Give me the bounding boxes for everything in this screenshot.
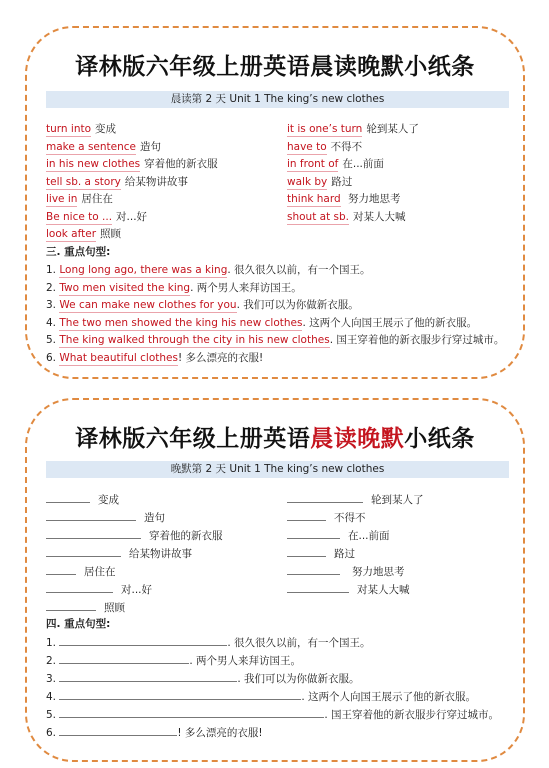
vocab-zh: 变成: [95, 123, 116, 135]
vocab-blank-item: 在...前面: [287, 527, 390, 543]
vocab-en: turn into: [46, 123, 91, 137]
sentence-en: The two men showed the king his new clot…: [59, 317, 302, 331]
vocab-blank-item: 轮到某人了: [287, 491, 424, 507]
sentence-blank-item: 3. . 我们可以为你做新衣服。: [46, 670, 360, 686]
sentence-number: 5.: [46, 334, 56, 346]
answer-blank[interactable]: [59, 670, 237, 682]
vocab-zh: 在...前面: [348, 530, 390, 542]
vocab-zh: 路过: [331, 176, 352, 188]
sentence-zh: . 国王穿着他的新衣服步行穿过城市。: [330, 334, 505, 346]
sentence-en: Two men visited the king: [59, 282, 190, 296]
vocab-blank-item: 不得不: [287, 509, 366, 525]
vocab-zh: 路过: [334, 548, 355, 560]
sentence-number: 1.: [46, 264, 56, 276]
sentence-blank-item: 1. . 很久很久以前，有一个国王。: [46, 634, 371, 650]
section-heading: 三. 重点句型:: [46, 244, 110, 259]
vocab-en: have to: [287, 141, 327, 155]
vocab-item: it is one’s turn轮到某人了: [287, 122, 419, 136]
answer-blank[interactable]: [287, 545, 326, 557]
vocab-blank-item: 穿着他的新衣服: [46, 527, 223, 543]
vocab-zh: 穿着他的新衣服: [144, 158, 218, 170]
title-prefix: 译林版六年级上册英语: [75, 426, 310, 452]
sentence-number: 2.: [46, 282, 56, 294]
answer-blank[interactable]: [287, 563, 340, 575]
sentence-number: 6.: [46, 727, 56, 739]
vocab-zh: 居住在: [81, 193, 113, 205]
answer-blank[interactable]: [46, 491, 90, 503]
vocab-zh: 轮到某人了: [366, 123, 419, 135]
vocab-zh: 造句: [144, 512, 165, 524]
vocab-blank-item: 路过: [287, 545, 355, 561]
vocab-zh: 居住在: [84, 566, 116, 578]
vocab-zh: 对...好: [116, 211, 147, 223]
answer-blank[interactable]: [59, 706, 324, 718]
sentence-en: What beautiful clothes: [59, 352, 178, 366]
vocab-en: in his new clothes: [46, 158, 140, 172]
answer-blank[interactable]: [46, 545, 121, 557]
vocab-blank-item: 造句: [46, 509, 165, 525]
vocab-zh: 对某人大喊: [357, 584, 410, 596]
vocab-item: in his new clothes穿着他的新衣服: [46, 157, 218, 171]
vocab-en: tell sb. a story: [46, 176, 121, 190]
sentence-zh: . 很久很久以前，有一个国王。: [227, 637, 370, 649]
vocab-zh: 努力地思考: [345, 193, 401, 205]
sentence-blank-item: 2. . 两个男人来拜访国王。: [46, 652, 301, 668]
vocab-zh: 给某物讲故事: [129, 548, 192, 560]
morning-reading-card: 译林版六年级上册英语晨读晚默小纸条 晨读第 2 天 Unit 1 The kin…: [25, 26, 525, 379]
answer-blank[interactable]: [46, 563, 76, 575]
title-highlight: 晨读晚默: [310, 426, 404, 452]
sentence-zh: . 两个男人来拜访国王。: [190, 282, 302, 294]
card-title: 译林版六年级上册英语晨读晚默小纸条: [27, 420, 523, 453]
vocab-en: it is one’s turn: [287, 123, 362, 137]
vocab-zh: 对...好: [121, 584, 152, 596]
vocab-zh: 照顾: [100, 228, 121, 240]
vocab-zh: 在...前面: [342, 158, 384, 170]
sentence-zh: ! 多么漂亮的衣服!: [178, 352, 263, 364]
sentence-item: 4. The two men showed the king his new c…: [46, 316, 477, 330]
vocab-zh: 努力地思考: [352, 566, 405, 578]
day-banner: 晨读第 2 天 Unit 1 The king’s new clothes: [46, 91, 509, 108]
sentence-zh: . 我们可以为你做新衣服。: [237, 299, 359, 311]
answer-blank[interactable]: [287, 581, 349, 593]
answer-blank[interactable]: [287, 491, 363, 503]
vocab-en: live in: [46, 193, 77, 207]
answer-blank[interactable]: [287, 509, 326, 521]
vocab-blank-item: 对...好: [46, 581, 152, 597]
card-title: 译林版六年级上册英语晨读晚默小纸条: [27, 48, 523, 81]
title-suffix: 小纸条: [404, 426, 475, 452]
sentence-number: 4.: [46, 691, 56, 703]
vocab-zh: 对某人大喊: [353, 211, 406, 223]
vocab-item: make a sentence造句: [46, 140, 161, 154]
vocab-item: tell sb. a story给某物讲故事: [46, 175, 188, 189]
vocab-item: live in居住在: [46, 192, 113, 206]
vocab-zh: 轮到某人了: [371, 494, 424, 506]
sentence-zh: . 这两个人向国王展示了他的新衣服。: [302, 317, 477, 329]
sentence-zh: . 国王穿着他的新衣服步行穿过城市。: [324, 709, 499, 721]
vocab-en: walk by: [287, 176, 327, 190]
sentence-item: 2. Two men visited the king. 两个男人来拜访国王。: [46, 281, 302, 295]
sentence-number: 3.: [46, 673, 56, 685]
vocab-en: in front of: [287, 158, 338, 172]
sentence-en: Long long ago, there was a king: [59, 264, 227, 278]
vocab-item: have to不得不: [287, 140, 362, 154]
vocab-item: in front of在...前面: [287, 157, 384, 171]
vocab-item: turn into变成: [46, 122, 116, 136]
sentence-item: 6. What beautiful clothes! 多么漂亮的衣服!: [46, 351, 263, 365]
vocab-zh: 变成: [98, 494, 119, 506]
section-heading: 四. 重点句型:: [46, 616, 110, 631]
vocab-zh: 造句: [140, 141, 161, 153]
answer-blank[interactable]: [46, 509, 136, 521]
vocab-blank-item: 努力地思考: [287, 563, 405, 579]
sentence-item: 5. The king walked through the city in h…: [46, 333, 504, 347]
answer-blank[interactable]: [46, 527, 141, 539]
sentence-blank-item: 4. . 这两个人向国王展示了他的新衣服。: [46, 688, 476, 704]
vocab-blank-item: 对某人大喊: [287, 581, 410, 597]
sentence-zh: . 很久很久以前，有一个国王。: [227, 264, 370, 276]
vocab-en: make a sentence: [46, 141, 136, 155]
answer-blank[interactable]: [59, 688, 301, 700]
day-banner: 晚默第 2 天 Unit 1 The king’s new clothes: [46, 461, 509, 478]
sentence-zh: ! 多么漂亮的衣服!: [177, 727, 262, 739]
sentence-number: 4.: [46, 317, 56, 329]
answer-blank[interactable]: [59, 652, 189, 664]
answer-blank[interactable]: [59, 724, 177, 736]
answer-blank[interactable]: [46, 581, 113, 593]
vocab-en: look after: [46, 228, 96, 242]
vocab-blank-item: 给某物讲故事: [46, 545, 192, 561]
sentence-number: 6.: [46, 352, 56, 364]
answer-blank[interactable]: [59, 634, 227, 646]
vocab-en: think hard: [287, 193, 341, 207]
sentence-zh: . 我们可以为你做新衣服。: [237, 673, 359, 685]
sentence-item: 1. Long long ago, there was a king. 很久很久…: [46, 263, 371, 277]
vocab-en: shout at sb.: [287, 211, 349, 225]
vocab-item: look after照顾: [46, 227, 121, 241]
sentence-number: 1.: [46, 637, 56, 649]
sentence-number: 5.: [46, 709, 56, 721]
evening-dictation-card: 译林版六年级上册英语晨读晚默小纸条 晚默第 2 天 Unit 1 The kin…: [25, 398, 525, 762]
sentence-zh: . 两个男人来拜访国王。: [189, 655, 301, 667]
vocab-blank-item: 居住在: [46, 563, 116, 579]
vocab-zh: 不得不: [334, 512, 366, 524]
vocab-item: think hard 努力地思考: [287, 192, 401, 206]
vocab-zh: 穿着他的新衣服: [149, 530, 223, 542]
vocab-zh: 给某物讲故事: [125, 176, 188, 188]
sentence-blank-item: 6. ! 多么漂亮的衣服!: [46, 724, 263, 740]
sentence-en: We can make new clothes for you: [59, 299, 236, 313]
sentence-number: 2.: [46, 655, 56, 667]
vocab-blank-item: 照顾: [46, 599, 125, 615]
sentence-zh: . 这两个人向国王展示了他的新衣服。: [301, 691, 476, 703]
vocab-item: shout at sb.对某人大喊: [287, 210, 406, 224]
vocab-zh: 照顾: [104, 602, 125, 614]
sentence-en: The king walked through the city in his …: [59, 334, 329, 348]
vocab-en: Be nice to ...: [46, 211, 112, 225]
sentence-blank-item: 5. . 国王穿着他的新衣服步行穿过城市。: [46, 706, 499, 722]
sentence-number: 3.: [46, 299, 56, 311]
vocab-item: Be nice to ...对...好: [46, 210, 147, 224]
sentence-item: 3. We can make new clothes for you. 我们可以…: [46, 298, 359, 312]
answer-blank[interactable]: [46, 599, 96, 611]
vocab-zh: 不得不: [331, 141, 363, 153]
vocab-item: walk by路过: [287, 175, 352, 189]
vocab-blank-item: 变成: [46, 491, 119, 507]
answer-blank[interactable]: [287, 527, 340, 539]
